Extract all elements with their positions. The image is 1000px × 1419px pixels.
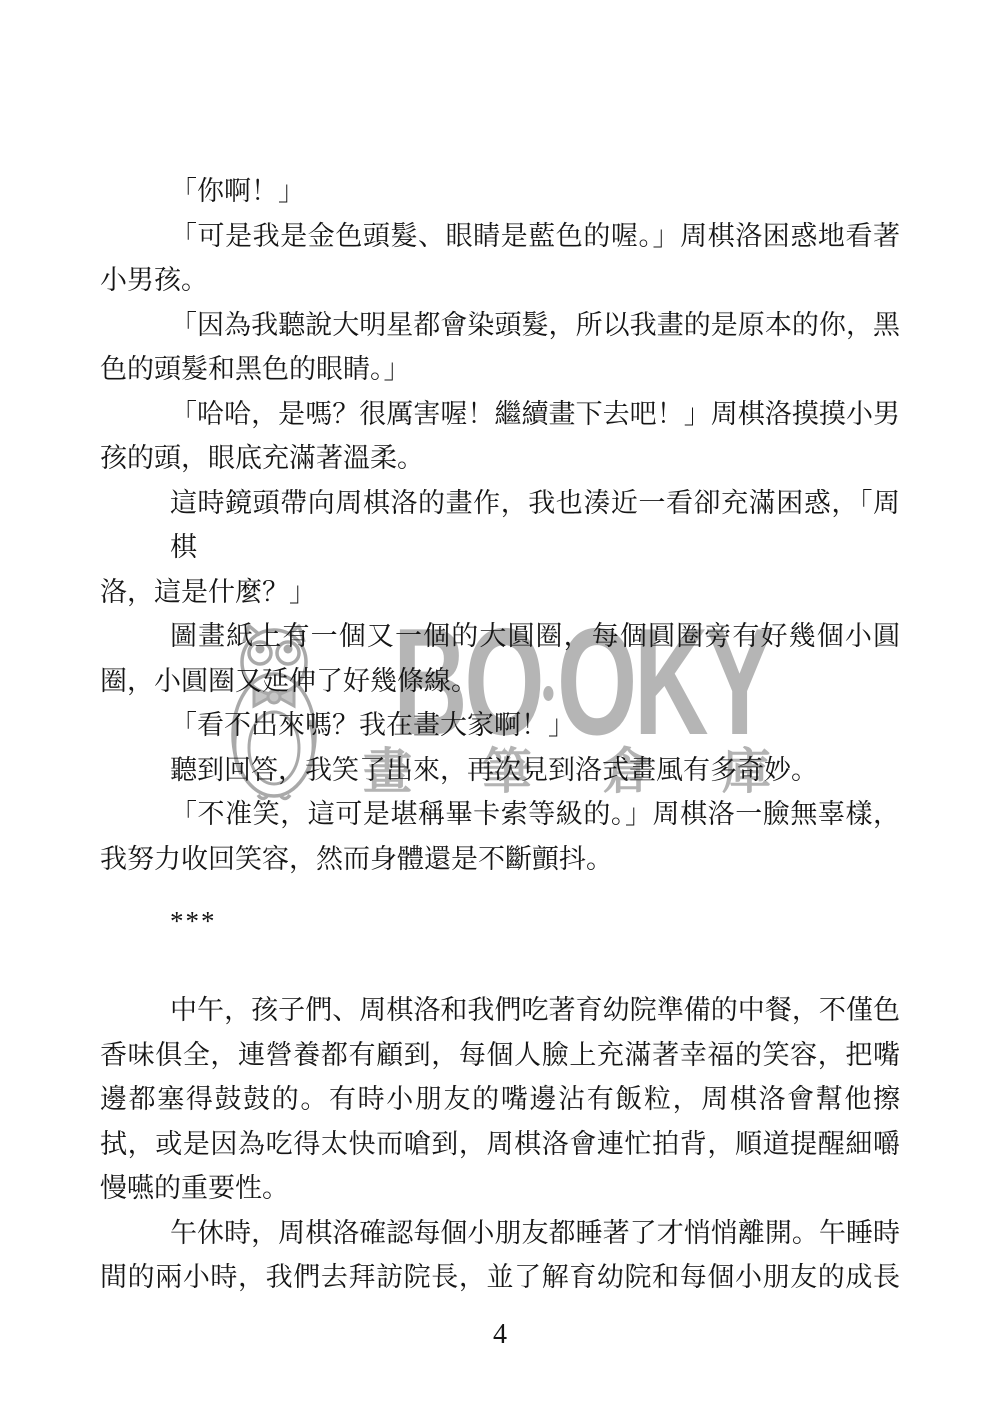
text-line: 邊都塞得鼓鼓的。有時小朋友的嘴邊沾有飯粒，周棋洛會幫他擦: [100, 1077, 900, 1122]
text-line: 午休時，周棋洛確認每個小朋友都睡著了才悄悄離開。午睡時: [100, 1211, 900, 1256]
text-line: 圈，小圓圈又延伸了好幾條線。: [100, 659, 900, 704]
text-line: 孩的頭，眼底充滿著溫柔。: [100, 436, 900, 481]
text-line: 「你啊！」: [100, 169, 900, 214]
text-line: 「可是我是金色頭髮、眼睛是藍色的喔。」周棋洛困惑地看著: [100, 214, 900, 259]
document-page: BOOKY 畫筆倉庫 「你啊！」「可是我是金色頭髮、眼睛是藍色的喔。」周棋洛困惑…: [0, 0, 1000, 1419]
text-line: 慢嚥的重要性。: [100, 1166, 900, 1211]
text-line: 我努力收回笑容，然而身體還是不斷顫抖。: [100, 837, 900, 882]
section-divider: ***: [100, 899, 900, 944]
text-line: 間的兩小時，我們去拜訪院長，並了解育幼院和每個小朋友的成長: [100, 1255, 900, 1300]
text-line: 「因為我聽說大明星都會染頭髮，所以我畫的是原本的你，黑: [100, 303, 900, 348]
text-line: 拭，或是因為吃得太快而嗆到，周棋洛會連忙拍背，順道提醒細嚼: [100, 1122, 900, 1167]
page-content: 「你啊！」「可是我是金色頭髮、眼睛是藍色的喔。」周棋洛困惑地看著小男孩。「因為我…: [0, 0, 1000, 1300]
text-line: 小男孩。: [100, 258, 900, 303]
text-line: 「看不出來嗎？我在畫大家啊！」: [100, 703, 900, 748]
text-line: 「哈哈，是嗎？很厲害喔！繼續畫下去吧！」周棋洛摸摸小男: [100, 392, 900, 437]
text-line: 洛，這是什麼？」: [100, 570, 900, 615]
text-line: 這時鏡頭帶向周棋洛的畫作，我也湊近一看卻充滿困惑，「周棋: [100, 481, 900, 570]
text-line: 圖畫紙上有一個又一個的大圓圈，每個圓圈旁有好幾個小圓: [100, 614, 900, 659]
page-number: 4: [100, 1316, 900, 1354]
text-line: 「不准笑，這可是堪稱畢卡索等級的。」周棋洛一臉無辜樣，: [100, 792, 900, 837]
text-line: 色的頭髮和黑色的眼睛。」: [100, 347, 900, 392]
text-line: 香味俱全，連營養都有顧到，每個人臉上充滿著幸福的笑容，把嘴: [100, 1033, 900, 1078]
text-line: 聽到回答，我笑了出來，再次見到洛式畫風有多奇妙。: [100, 748, 900, 793]
text-line: 中午，孩子們、周棋洛和我們吃著育幼院準備的中餐，不僅色: [100, 988, 900, 1033]
